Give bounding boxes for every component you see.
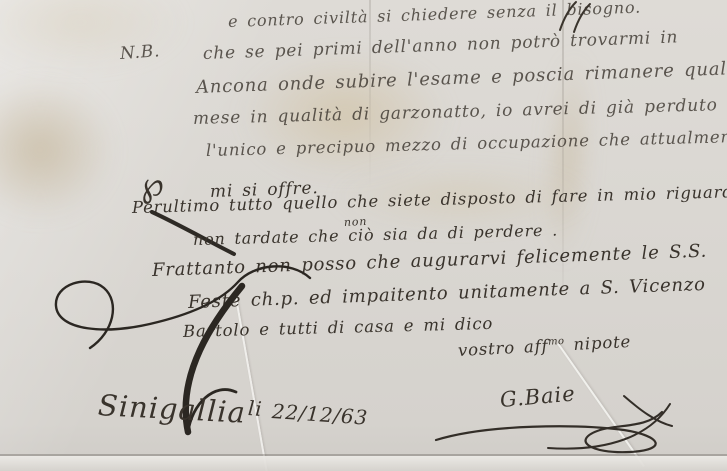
letter-photo: N.B. e contro civiltà si chiedere senza … <box>0 0 727 471</box>
closing-valediction: vostro affmo nipote <box>458 332 632 360</box>
letter-line: l'unico e precipuo mezzo di occupazione … <box>206 127 727 160</box>
letter-line: e contro civiltà si chiedere senza il bi… <box>228 0 642 31</box>
letter-line: non tardate che ciò sia da di perdere . <box>193 220 559 249</box>
fold-crease-vertical-center <box>369 0 371 190</box>
letter-line: Ancona onde subire l'esame e poscia rima… <box>196 57 727 98</box>
dateline-date: 22/12/63 <box>271 399 369 430</box>
closing-post: nipote <box>573 332 632 354</box>
fold-crease-diagonal-left <box>234 291 268 471</box>
letter-line: che se pei primi dell'anno non potrò tro… <box>203 27 679 64</box>
bottom-fold-shadow <box>0 454 727 456</box>
letter-line: mese in qualità di garzonatto, io avrei … <box>193 95 718 129</box>
stain-left-edge <box>0 80 115 220</box>
bottom-fold-strip <box>0 456 727 471</box>
closing-pre: vostro aff <box>458 336 549 360</box>
closing-superscript: mo <box>548 336 565 348</box>
letter-line: Bartolo e tutti di casa e mi dico <box>183 314 494 341</box>
dateline-place: Sinigallia <box>97 388 247 430</box>
letter-line: Feste ch.p. ed impaitento unitamente a S… <box>188 274 706 313</box>
dateline-prefix: li <box>247 396 263 421</box>
signature-text: G.Baie <box>499 381 577 412</box>
margin-note: N.B. <box>119 41 161 64</box>
